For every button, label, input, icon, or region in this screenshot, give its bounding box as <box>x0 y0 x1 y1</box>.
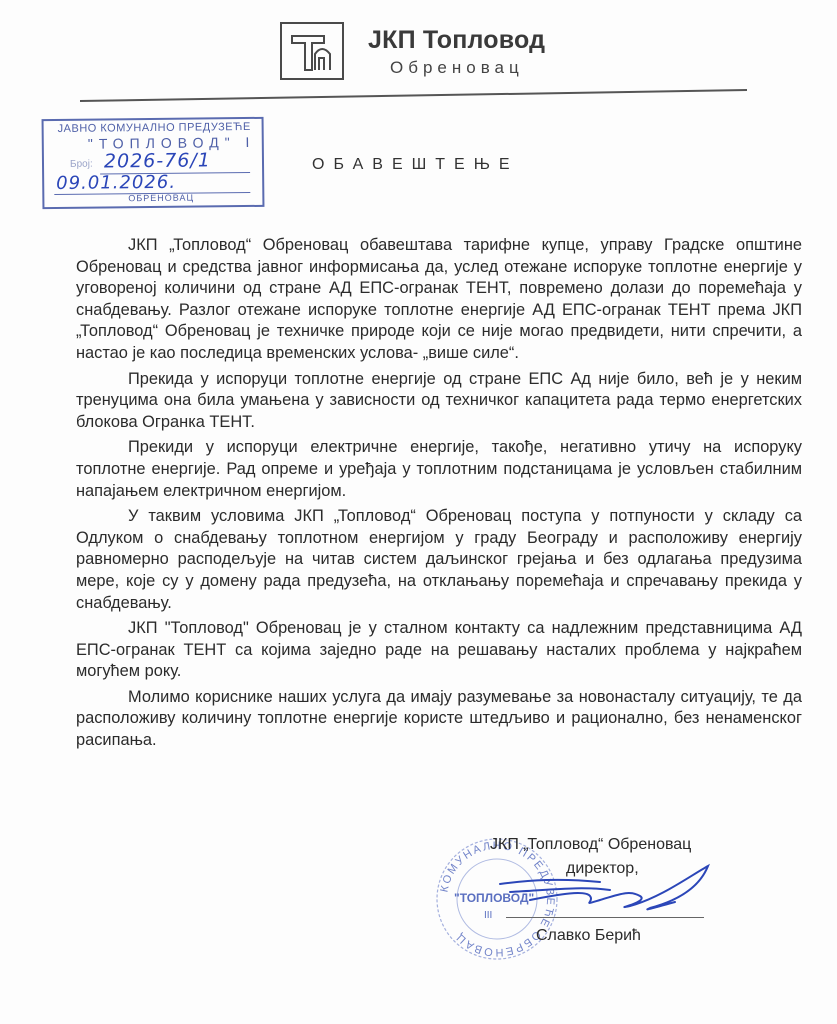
paragraph: ЈКП "Топловод" Обреновац је у сталном ко… <box>76 618 802 683</box>
signatory-name: Славко Берић <box>536 927 641 945</box>
paragraph: Прекиди у испоруци електричне енергије, … <box>76 437 802 502</box>
header-divider <box>0 0 837 120</box>
registration-date: 09.01.2026. <box>56 172 176 194</box>
registration-stamp: ЈАВНО КОМУНАЛНО ПРЕДУЗЕЋЕ "ТОПЛОВОД" I Б… <box>42 117 265 209</box>
paragraph: У таквим условима ЈКП „Топловод“ Обренов… <box>76 506 802 614</box>
registration-number: 2026-76/1 <box>104 149 211 172</box>
document-title: ОБАВЕШТЕЊЕ <box>312 156 519 174</box>
signature-block: КОМУНАЛНО ПРЕДУЗЕЋЕ ОБРЕНОВАЦ "ТОПЛОВОД"… <box>430 830 750 970</box>
stamp-org-line: ЈАВНО КОМУНАЛНО ПРЕДУЗЕЋЕ <box>58 121 251 135</box>
handwritten-signature-icon <box>490 856 720 926</box>
paragraph: ЈКП „Топловод“ Обреновац обавештава тари… <box>76 235 802 365</box>
stamp-city: ОБРЕНОВАЦ <box>128 193 194 204</box>
paragraph: Молимо кориснике наших услуга да имају р… <box>76 687 802 752</box>
paragraph: Прекида у испоруци топлотне енергије од … <box>76 369 802 434</box>
signature-line <box>506 917 704 918</box>
signature-org: ЈКП „Топловод“ Обреновац <box>490 836 691 854</box>
stamp-number-label: Број: <box>70 159 93 170</box>
document-body: ЈКП „Топловод“ Обреновац обавештава тари… <box>76 235 802 756</box>
